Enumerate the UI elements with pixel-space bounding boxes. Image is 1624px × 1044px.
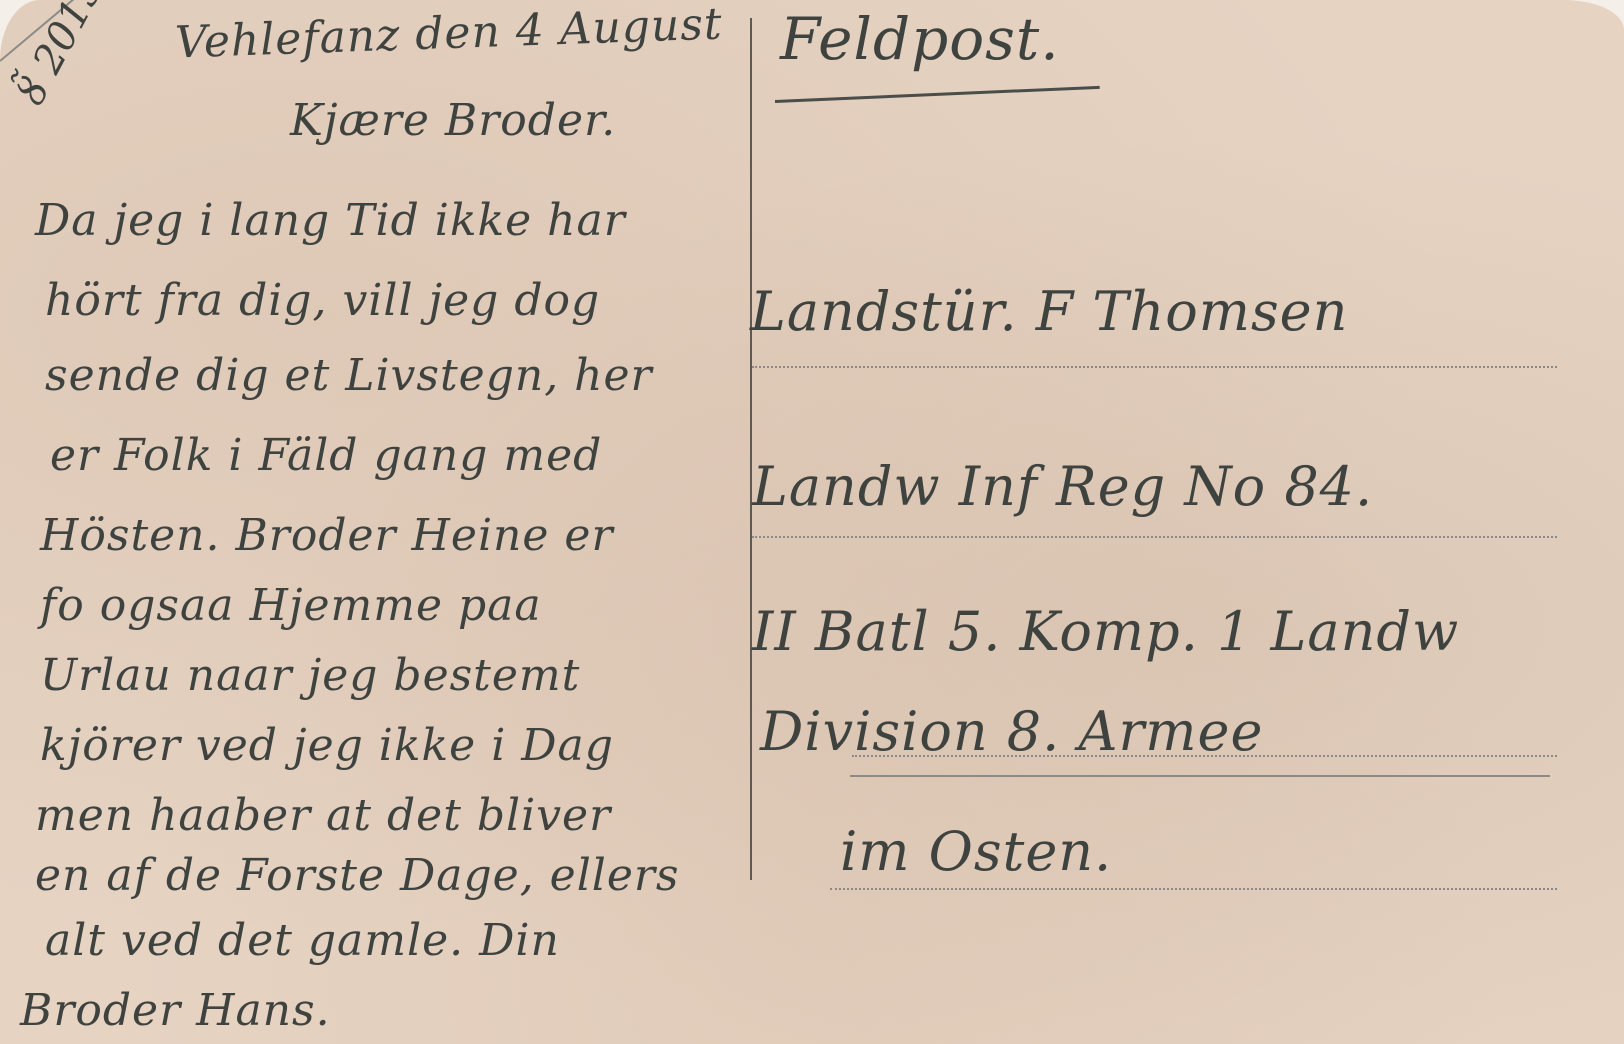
- feldpost-underline: [775, 86, 1100, 103]
- message-line-2: hört fra dig, vill jeg dog: [45, 275, 600, 326]
- message-line-4: er Folk i Fäld gang med: [50, 430, 602, 481]
- address-rule-3b: [850, 775, 1550, 777]
- address-line-3: II Batl 5. Komp. 1 Landw: [752, 600, 1459, 663]
- feldpost-label: Feldpost.: [780, 5, 1060, 73]
- address-rule-4: [830, 888, 1557, 890]
- address-rule-1: [752, 366, 1557, 368]
- center-divider: [750, 18, 752, 880]
- message-line-9: men haaber at det bliver: [35, 790, 611, 841]
- message-line-10: en af de Forste Dage, ellers: [35, 850, 680, 901]
- place-date: Vehlefanz den 4 August: [174, 0, 723, 69]
- address-rule-3: [852, 755, 1557, 757]
- signature: Broder Hans.: [20, 985, 331, 1036]
- address-line-1: Landstür. F Thomsen: [750, 280, 1348, 343]
- message-line-3: sende dig et Livstegn, her: [45, 350, 653, 401]
- greeting: Kjære Broder.: [290, 95, 616, 146]
- message-line-6: fo ogsaa Hjemme paa: [40, 580, 542, 631]
- message-line-7: Urlau naar jeg bestemt: [40, 650, 580, 701]
- margin-note: ȣ̃ 2015: [8, 0, 113, 112]
- postcard: ȣ̃ 2015 Vehlefanz den 4 August Kjære Bro…: [0, 0, 1624, 1044]
- message-line-5: Hösten. Broder Heine er: [40, 510, 613, 561]
- address-line-5: im Osten.: [840, 820, 1112, 883]
- message-line-8: kjörer ved jeg ikke i Dag: [40, 720, 614, 771]
- address-line-2: Landw Inf Reg No 84.: [752, 455, 1373, 518]
- message-line-1: Da jeg i lang Tid ikke har: [35, 195, 626, 246]
- message-line-11: alt ved det gamle. Din: [45, 915, 560, 966]
- address-rule-2: [752, 536, 1557, 538]
- address-line-4: Division 8. Armee: [760, 700, 1263, 763]
